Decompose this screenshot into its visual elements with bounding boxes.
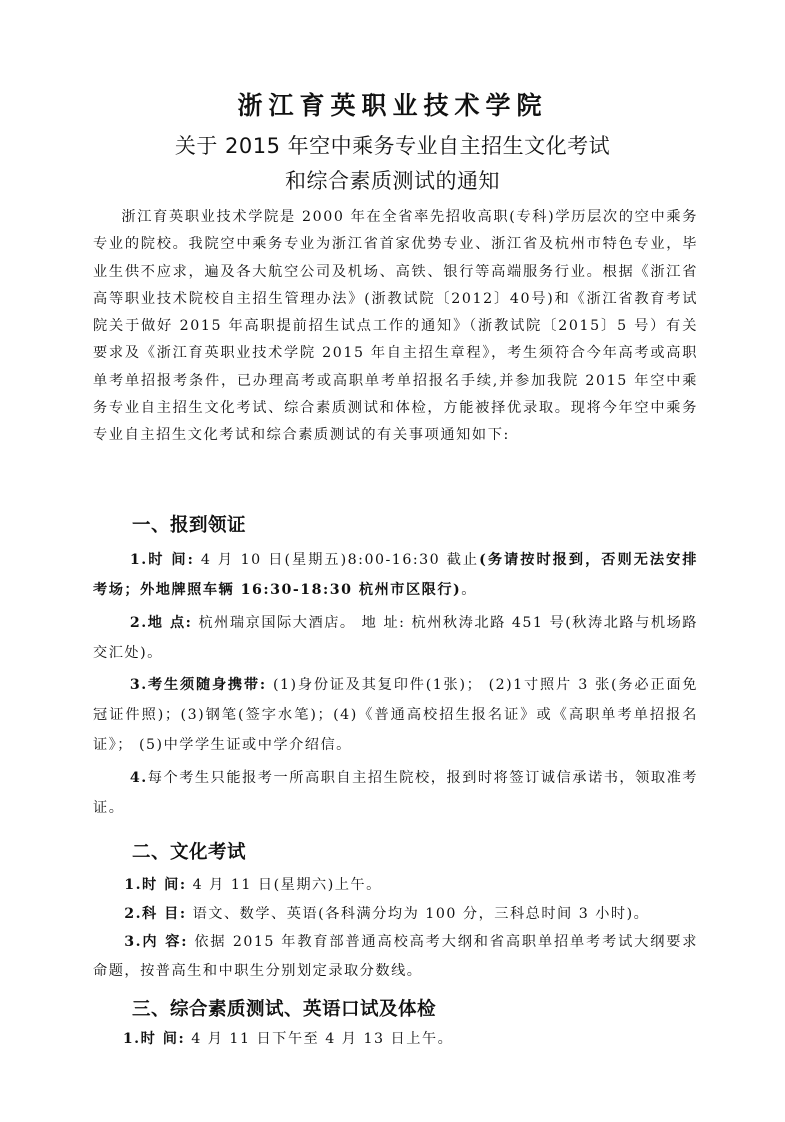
exam-time-item: 1.时 间: 4 月 11 日(星期六)上午。 <box>93 870 698 900</box>
exam-subjects-item: 2.科 目: 语文、数学、英语(各科满分均为 100 分，三科总时间 3 小时)… <box>93 899 698 929</box>
item-label: 4. <box>130 770 148 786</box>
quality-test-time-item: 1.时 间: 4 月 11 日下午至 4 月 13 日上午。 <box>93 1024 698 1054</box>
item-label: 2.科 目: <box>124 906 186 922</box>
registration-note-item: 4.每个考生只能报考一所高职自主招生院校，报到时将签订诚信承诺书，领取准考证。 <box>93 763 698 823</box>
item-text: 每个考生只能报考一所高职自主招生院校，报到时将签订诚信承诺书，领取准考证。 <box>93 770 698 816</box>
item-label: 3.考生须随身携带: <box>130 677 267 693</box>
registration-location-item: 2.地 点: 杭州瑞京国际大酒店。 地 址: 杭州秋涛北路 451 号(秋涛北路… <box>93 608 698 668</box>
section-heading-quality-test: 三、综合素质测试、英语口试及体检 <box>132 995 436 1021</box>
item-label: 1.时 间: <box>124 877 186 893</box>
section-heading-culture-exam: 二、文化考试 <box>132 838 246 864</box>
item-label: 3.内 容: <box>124 934 188 950</box>
notice-title-line2: 和综合素质测试的通知 <box>0 165 785 195</box>
school-title: 浙江育英职业技术学院 <box>0 86 785 122</box>
registration-time-item: 1.时 间: 4 月 10 日(星期五)8:00-16:30 截止(务请按时报到… <box>93 545 698 605</box>
item-label: 2.地 点: <box>130 615 193 631</box>
intro-paragraph: 浙江育英职业技术学院是 2000 年在全省率先招收高职(专科)学历层次的空中乘务… <box>93 204 698 450</box>
exam-content-item: 3.内 容: 依据 2015 年教育部普通高校高考大纲和省高职单招单考考试大纲要… <box>93 928 698 986</box>
item-text: 4 月 11 日(星期六)上午。 <box>187 877 382 893</box>
section-heading-registration: 一、报到领证 <box>132 511 246 537</box>
registration-required-items: 3.考生须随身携带: (1)身份证及其复印件(1张)； (2)1寸照片 3 张(… <box>93 670 698 760</box>
item-text: 语文、数学、英语(各科满分均为 100 分，三科总时间 3 小时)。 <box>187 906 650 922</box>
item-label: 1.时 间: <box>130 552 194 568</box>
document-page: 浙江育英职业技术学院 关于 2015 年空中乘务专业自主招生文化考试 和综合素质… <box>0 0 785 1122</box>
notice-title-line1: 关于 2015 年空中乘务专业自主招生文化考试 <box>0 130 785 160</box>
item-text: 4 月 10 日(星期五)8:00-16:30 截止 <box>194 552 479 568</box>
item-tail: 。 <box>461 582 477 598</box>
item-text: 4 月 11 日下午至 4 月 13 日上午。 <box>185 1031 453 1047</box>
item-label: 1.时 间: <box>123 1031 185 1047</box>
